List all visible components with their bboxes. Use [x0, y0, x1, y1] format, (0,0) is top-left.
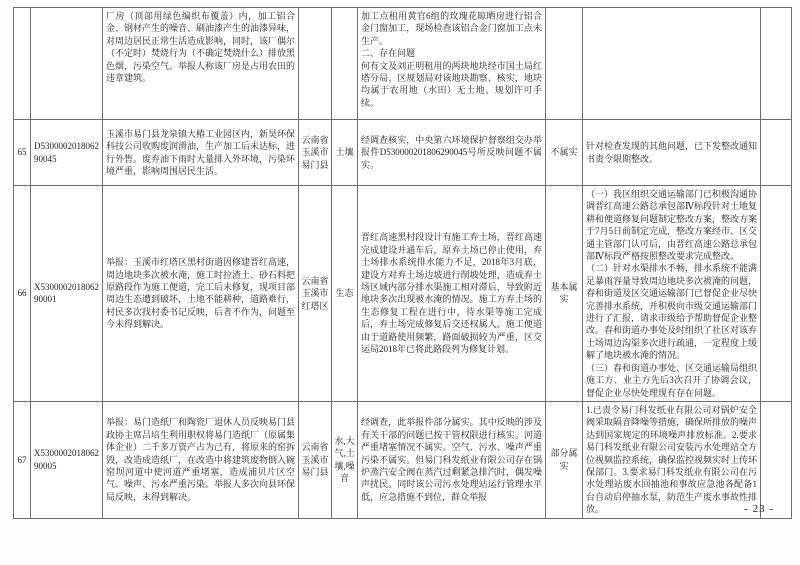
cell-case-number: X530000201806290005	[31, 401, 103, 518]
cell-pollution-type: 生态	[332, 186, 358, 402]
cell-region	[299, 8, 332, 120]
cell-complaint: 厂房（顶部用绿色编织布覆盖）内，加工铝合金、钢材产生的噪音、刷油漆产生的油漆异味…	[103, 8, 299, 120]
document-page: 厂房（顶部用绿色编织布覆盖）内，加工铝合金、钢材产生的噪音、刷油漆产生的油漆异味…	[0, 0, 800, 565]
cell-verification: 经调查核实，中央第六环境保护督察组交办举报件D53000020180629004…	[358, 120, 546, 186]
cell-row-number: 65	[14, 120, 31, 186]
cell-row-number: 67	[14, 401, 31, 518]
cell-measures	[583, 8, 761, 120]
cell-case-number	[31, 8, 103, 120]
cell-complaint: 举报：玉溪市红塔区黑村街道因修建晋红高速，周边地块多次被水淹，施工时拉渣土、砂石…	[103, 186, 299, 402]
cell-case-number: D530000201806290045	[31, 120, 103, 186]
inspection-cases-table: 厂房（顶部用绿色编织布覆盖）内，加工铝合金、钢材产生的噪音、刷油漆产生的油漆异味…	[13, 7, 792, 519]
cell-verification: 加工点租用黄官6组的玫瑰花晾晒房进行铝合金门窗加工，现场检查该铝合金门窗加工点未…	[358, 8, 546, 120]
table-row-67: 67 X530000201806290005 举报：易门造纸厂和陶瓷厂退休人员反…	[14, 401, 792, 518]
cell-remark	[761, 120, 792, 186]
cell-remark	[761, 186, 792, 402]
cell-remark	[761, 8, 792, 120]
cell-row-number	[14, 8, 31, 120]
cell-region: 云南省玉溪市易门县	[299, 401, 332, 518]
cell-region: 云南省玉溪市红塔区	[299, 186, 332, 402]
table-row-65: 65 D530000201806290045 玉溪市易门县龙泉镇大椿工业园区内，…	[14, 120, 792, 186]
page-number: - 23 -	[744, 503, 774, 515]
cell-verification: 经调查，此举报件部分属实。其中反映的涉及有关干部的问题已按干管权限进行核实。河道…	[358, 401, 546, 518]
cell-pollution-type: 土壤	[332, 120, 358, 186]
table-row-66: 66 X530000201806290001 举报：玉溪市红塔区黑村街道因修建晋…	[14, 186, 792, 402]
cell-complaint: 举报：易门造纸厂和陶瓷厂退休人员反映易门县政协主席吕培生利用职权将易门造纸厂（原…	[103, 401, 299, 518]
cell-complaint: 玉溪市易门县龙泉镇大椿工业园区内，新昊环保科技公司收购废润滑油，生产加工后未达标…	[103, 120, 299, 186]
cell-pollution-type: 水,大气,土壤,噪音	[332, 401, 358, 518]
cell-case-number: X530000201806290001	[31, 186, 103, 402]
cell-measures: 1.已责令易门科发纸业有限公司对锅炉安全阀采取隔音降噪等措施，确保所排放的噪声达…	[583, 401, 761, 518]
cell-pollution-type	[332, 8, 358, 120]
cell-verification: 晋红高速黑村段设计有施工弃土场，晋红高速完成建设并通车后，原弃土场已停止使用，弃…	[358, 186, 546, 402]
cell-status: 基本属实	[546, 186, 583, 402]
cell-row-number: 66	[14, 186, 31, 402]
cell-measures: 针对检查发现的其他问题，已下发整改通知书责令限期整改。	[583, 120, 761, 186]
cell-measures: （一）我区组织交通运输部门已积极沟通协调晋红高速公路总承包部Ⅳ标段针对土地复耕和…	[583, 186, 761, 402]
cell-region: 云南省玉溪市易门县	[299, 120, 332, 186]
cell-status: 部分属实	[546, 401, 583, 518]
cell-remark	[761, 401, 792, 518]
cell-status	[546, 8, 583, 120]
cell-status: 不属实	[546, 120, 583, 186]
table-row-continuation: 厂房（顶部用绿色编织布覆盖）内，加工铝合金、钢材产生的噪音、刷油漆产生的油漆异味…	[14, 8, 792, 120]
